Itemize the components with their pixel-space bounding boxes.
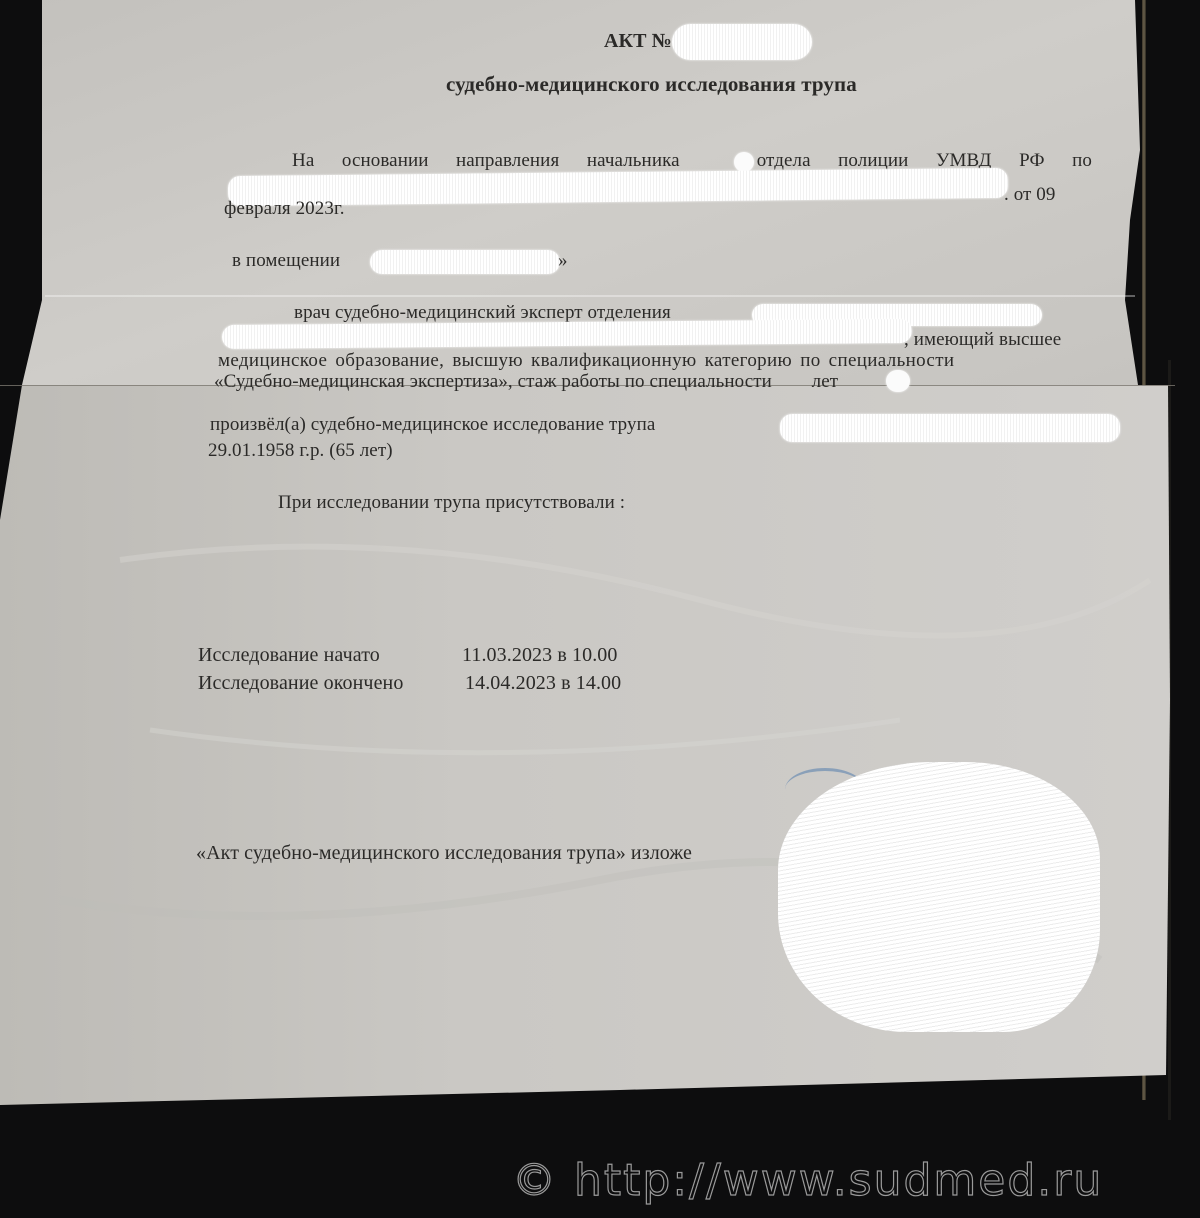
experience-suffix: лет <box>812 371 839 392</box>
ended-value: 14.04.2023 в 14.00 <box>465 672 621 695</box>
premises-tail: » <box>558 250 568 272</box>
redaction-experience-years <box>886 370 910 392</box>
word: отдела <box>757 150 811 172</box>
word: основании <box>342 150 429 172</box>
ended-label: Исследование окончено <box>198 672 403 695</box>
word: РФ <box>1019 150 1044 172</box>
word: направления <box>456 150 559 172</box>
word: начальника <box>587 150 680 172</box>
basis-line-3: февраля 2023г. <box>224 198 345 220</box>
document-title: судебно-медицинского исследования трупа <box>446 72 857 97</box>
redaction-stamp-signature <box>778 762 1100 1032</box>
basis-line-2-tail: . от 09 <box>1004 184 1056 206</box>
document-title-number: АКТ № <box>604 30 672 53</box>
examination-line-1: произвёл(а) судебно-медицинское исследов… <box>210 414 655 436</box>
redaction-deceased-name <box>780 414 1120 442</box>
started-value: 11.03.2023 в 10.00 <box>462 644 618 667</box>
expert-line-2-tail: , имеющий высшее <box>904 329 1061 351</box>
fold-crease <box>45 295 1135 297</box>
word: На <box>292 150 314 172</box>
examination-birthdate: 29.01.1958 г.р. (65 лет) <box>208 440 393 462</box>
expert-line-3: медицинское образование, высшую квалифик… <box>218 350 1094 372</box>
redaction-premises <box>370 250 560 274</box>
redaction-department-number <box>734 152 754 172</box>
started-label: Исследование начато <box>198 644 380 667</box>
word: по <box>1072 150 1092 172</box>
expert-line-4: «Судебно-медицинская экспертиза», стаж р… <box>214 371 838 393</box>
premises-label: в помещении <box>232 250 340 272</box>
redacted-number <box>707 150 729 172</box>
watermark: © http://www.sudmed.ru <box>512 1155 1103 1206</box>
redaction-act-number <box>672 24 812 60</box>
present-label: При исследовании трупа присутствовали : <box>278 492 625 514</box>
closing-line: «Акт судебно-медицинского исследования т… <box>196 842 692 865</box>
experience-prefix: «Судебно-медицинская экспертиза», стаж р… <box>214 371 772 392</box>
